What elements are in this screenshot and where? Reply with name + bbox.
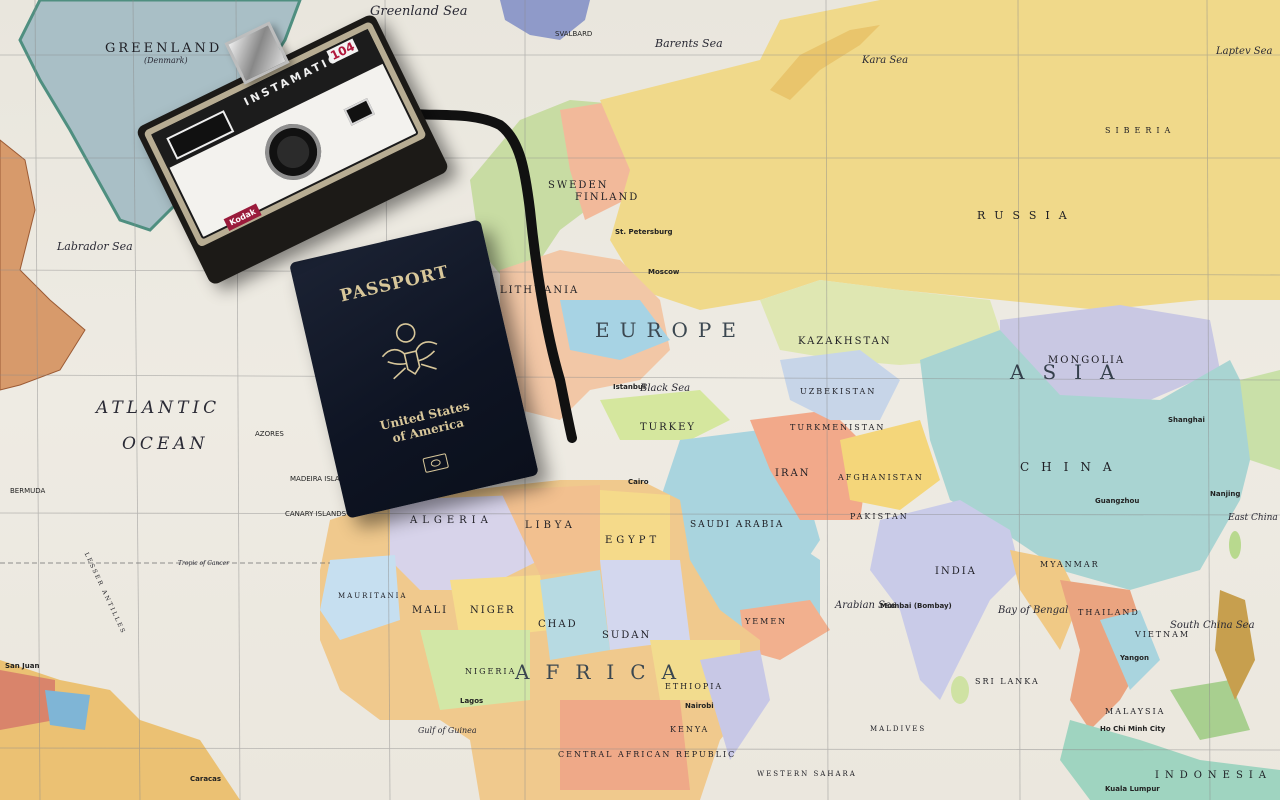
label-laptev-sea: Laptev Sea <box>1216 46 1273 57</box>
label-svalbard: SVALBARD <box>555 30 592 38</box>
label-mauritania: MAURITANIA <box>338 592 407 600</box>
label-turkmenistan: TURKMENISTAN <box>790 423 885 432</box>
label-barents-sea: Barents Sea <box>655 37 723 50</box>
label-sudan: SUDAN <box>602 630 651 641</box>
label-greenland: GREENLAND <box>105 41 222 56</box>
label-uzbekistan: UZBEKISTAN <box>800 387 876 396</box>
label-asia: ASIA <box>1010 360 1133 384</box>
city-lagos: Lagos <box>460 697 483 705</box>
label-labrador-sea: Labrador Sea <box>57 240 133 253</box>
label-maldives: MALDIVES <box>870 725 926 733</box>
label-china: CHINA <box>1020 460 1124 474</box>
city-fortaleza: Caracas <box>190 775 221 783</box>
label-atlantic: ATLANTIC <box>96 398 220 418</box>
label-poland: LITHUANIA <box>500 285 579 296</box>
label-egypt: EGYPT <box>605 535 660 546</box>
label-mali: MALI <box>412 605 448 616</box>
label-kenya: KENYA <box>670 725 709 734</box>
label-yemen: YEMEN <box>745 617 787 626</box>
label-gulf-of-guinea: Gulf of Guinea <box>418 726 477 735</box>
label-tropic-of-cancer: Tropic of Cancer <box>178 560 229 567</box>
city-jakarta: Kuala Lumpur <box>1105 785 1160 793</box>
label-iran: IRAN <box>775 468 810 479</box>
city-singapore: Ho Chi Minh City <box>1100 725 1165 733</box>
label-finland: FINLAND <box>575 192 639 203</box>
city-shanghai: Nanjing <box>1210 490 1240 498</box>
photo-scene: GREENLAND (Denmark) Greenland Sea Barent… <box>0 0 1280 800</box>
label-drc: CENTRAL AFRICAN REPUBLIC <box>558 750 736 760</box>
label-greenland-sub: (Denmark) <box>144 56 188 65</box>
label-afghanistan: AFGHANISTAN <box>838 473 924 482</box>
label-black-sea: Black Sea <box>640 383 690 394</box>
label-bermuda: BERMUDA <box>10 487 45 495</box>
label-ethiopia: ETHIOPIA <box>665 682 723 691</box>
label-libya: LIBYA <box>525 520 576 531</box>
passport-title: PASSPORT <box>297 252 492 316</box>
city-moscow: Moscow <box>648 268 679 276</box>
label-myanmar: MYANMAR <box>1040 560 1100 569</box>
city-cairo: Cairo <box>628 478 649 486</box>
label-saudi-arabia: SAUDI ARABIA <box>690 520 784 530</box>
label-canary-islands: CANARY ISLANDS <box>285 510 346 518</box>
label-sri-lanka: SRI LANKA <box>975 677 1040 686</box>
label-east-china-sea: East China Sea <box>1228 513 1280 523</box>
label-ocean: OCEAN <box>122 434 209 454</box>
label-africa: AFRICA <box>515 660 692 684</box>
label-vietnam: VIETNAM <box>1135 630 1190 639</box>
city-st-petersburg: St. Petersburg <box>615 228 673 236</box>
city-ho-chi-minh: Yangon <box>1120 654 1149 662</box>
label-turkey: TURKEY <box>640 422 696 433</box>
label-pakistan: PAKISTAN <box>850 512 909 521</box>
label-greenland-sea: Greenland Sea <box>370 4 467 19</box>
label-russia: RUSSIA <box>977 209 1076 222</box>
city-chongqing: Guangzhou <box>1095 497 1139 505</box>
label-chad: CHAD <box>538 619 578 630</box>
label-europe: EUROPE <box>595 318 746 342</box>
label-seychelles: WESTERN SAHARA <box>757 770 857 778</box>
label-algeria: ALGERIA <box>410 515 493 526</box>
biometric-chip-icon <box>422 453 449 473</box>
label-kara-sea: Kara Sea <box>862 55 908 66</box>
city-beijing: Shanghai <box>1168 416 1205 424</box>
city-caracas: San Juan <box>5 662 39 670</box>
label-thailand: THAILAND <box>1078 608 1140 617</box>
label-siberia: SIBERIA <box>1105 126 1175 135</box>
label-indonesia: INDONESIA <box>1155 770 1272 781</box>
city-istanbul: Istanbul <box>613 383 645 391</box>
label-malaysia: MALAYSIA <box>1105 707 1165 716</box>
eagle-seal-icon <box>367 309 453 395</box>
label-nigeria: NIGERIA <box>465 667 516 676</box>
label-kazakhstan: KAZAKHSTAN <box>798 336 892 347</box>
city-mumbai: Mumbai (Bombay) <box>880 602 952 610</box>
label-india: INDIA <box>935 566 977 577</box>
label-bay-of-bengal: Bay of Bengal <box>998 605 1068 616</box>
label-niger: NIGER <box>470 605 516 616</box>
label-sweden: SWEDEN <box>548 180 609 191</box>
label-south-china-sea: South China Sea <box>1170 620 1255 631</box>
city-nairobi: Nairobi <box>685 702 714 710</box>
label-azores: AZORES <box>255 430 284 438</box>
passport-country: United States of America <box>328 387 526 460</box>
